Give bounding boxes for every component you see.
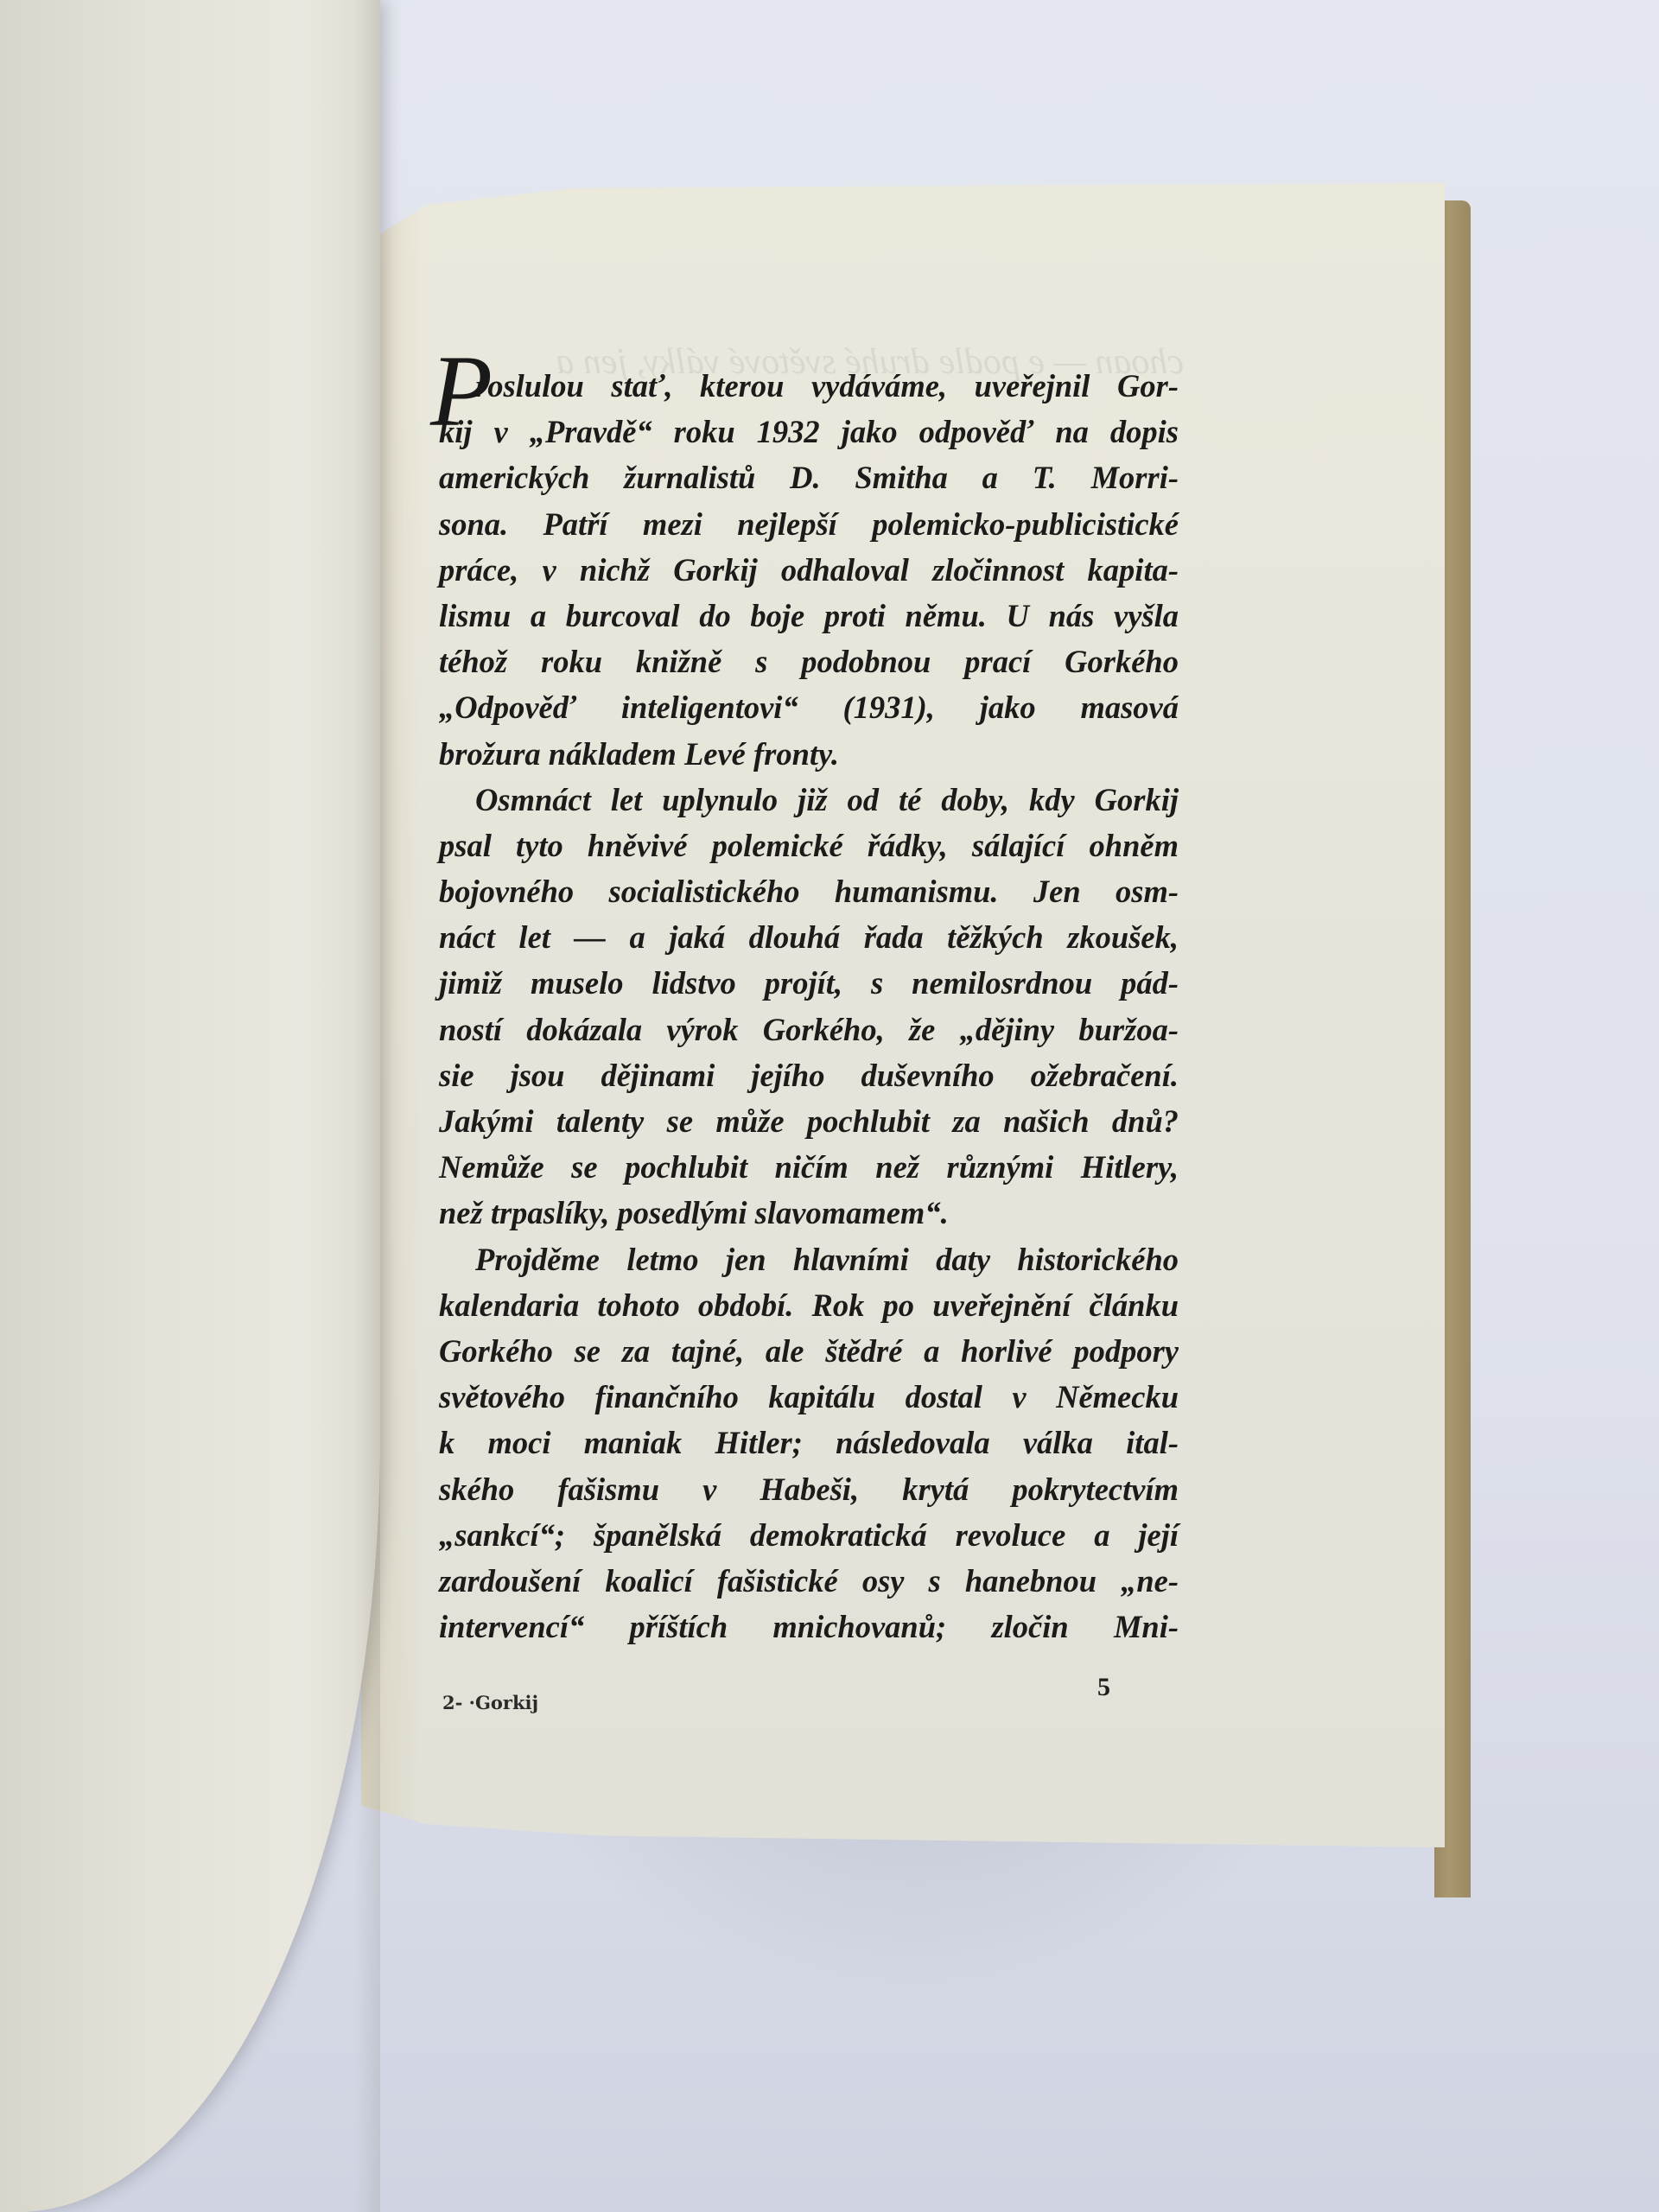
- text-line: roslulou stať, kterou vydáváme, uveřejni…: [439, 363, 1179, 409]
- text-line: práce, v nichž Gorkij odhaloval zločinno…: [439, 547, 1179, 593]
- left-page-curl: [0, 0, 380, 2212]
- text-line: Osmnáct let uplynulo již od té doby, kdy…: [439, 777, 1179, 823]
- text-line: lismu a burcoval do boje proti němu. U n…: [439, 593, 1179, 639]
- page-number: 5: [1097, 1673, 1110, 1702]
- text-line: než trpaslíky, posedlými slavomamem“.: [439, 1190, 1179, 1236]
- text-line: kij v „Pravdě“ roku 1932 jako odpověď na…: [439, 409, 1179, 454]
- text-line: kalendaria tohoto období. Rok po uveřejn…: [439, 1282, 1179, 1328]
- text-line: téhož roku knižně s podobnou prací Gorké…: [439, 639, 1179, 684]
- text-line: bojovného socialistického humanismu. Jen…: [439, 868, 1179, 914]
- text-line: k moci maniak Hitler; následovala válka …: [439, 1420, 1179, 1465]
- text-line: brožura nákladem Levé fronty.: [439, 731, 1179, 777]
- text-line: Jakými talenty se může pochlubit za naši…: [439, 1098, 1179, 1144]
- text-line: jimiž muselo lidstvo projít, s nemilosrd…: [439, 960, 1179, 1006]
- text-line: sie jsou dějinami jejího duševního ožebr…: [439, 1052, 1179, 1098]
- text-line: Projděme letmo jen hlavními daty histori…: [439, 1236, 1179, 1282]
- drop-cap: P: [430, 340, 493, 442]
- text-line: Gorkého se za tajné, ale štědré a horliv…: [439, 1328, 1179, 1374]
- signature-mark: 2- ·Gorkij: [442, 1692, 538, 1713]
- text-line: „Odpověď inteligentovi“ (1931), jako mas…: [439, 684, 1179, 730]
- text-line: světového finančního kapitálu dostal v N…: [439, 1374, 1179, 1420]
- text-line: náct let — a jaká dlouhá řada těžkých zk…: [439, 914, 1179, 960]
- text-line: sona. Patří mezi nejlepší polemicko-publ…: [439, 501, 1179, 547]
- text-line: ského fašismu v Habeši, krytá pokrytectv…: [439, 1466, 1179, 1512]
- text-line: psal tyto hněvivé polemické řádky, sálaj…: [439, 823, 1179, 868]
- text-line: intervencí“ příštích mnichovanů; zločin …: [439, 1604, 1179, 1649]
- text-line: ností dokázala výrok Gorkého, že „dějiny…: [439, 1007, 1179, 1052]
- text-line: zardoušení koalicí fašistické osy s hane…: [439, 1558, 1179, 1604]
- text-line: „sankcí“; španělská demokratická revoluc…: [439, 1512, 1179, 1558]
- text-line: Nemůže se pochlubit ničím než různými Hi…: [439, 1144, 1179, 1190]
- body-text: P roslulou stať, kterou vydáváme, uveřej…: [439, 363, 1179, 1649]
- text-line: amerických žurnalistů D. Smitha a T. Mor…: [439, 454, 1179, 500]
